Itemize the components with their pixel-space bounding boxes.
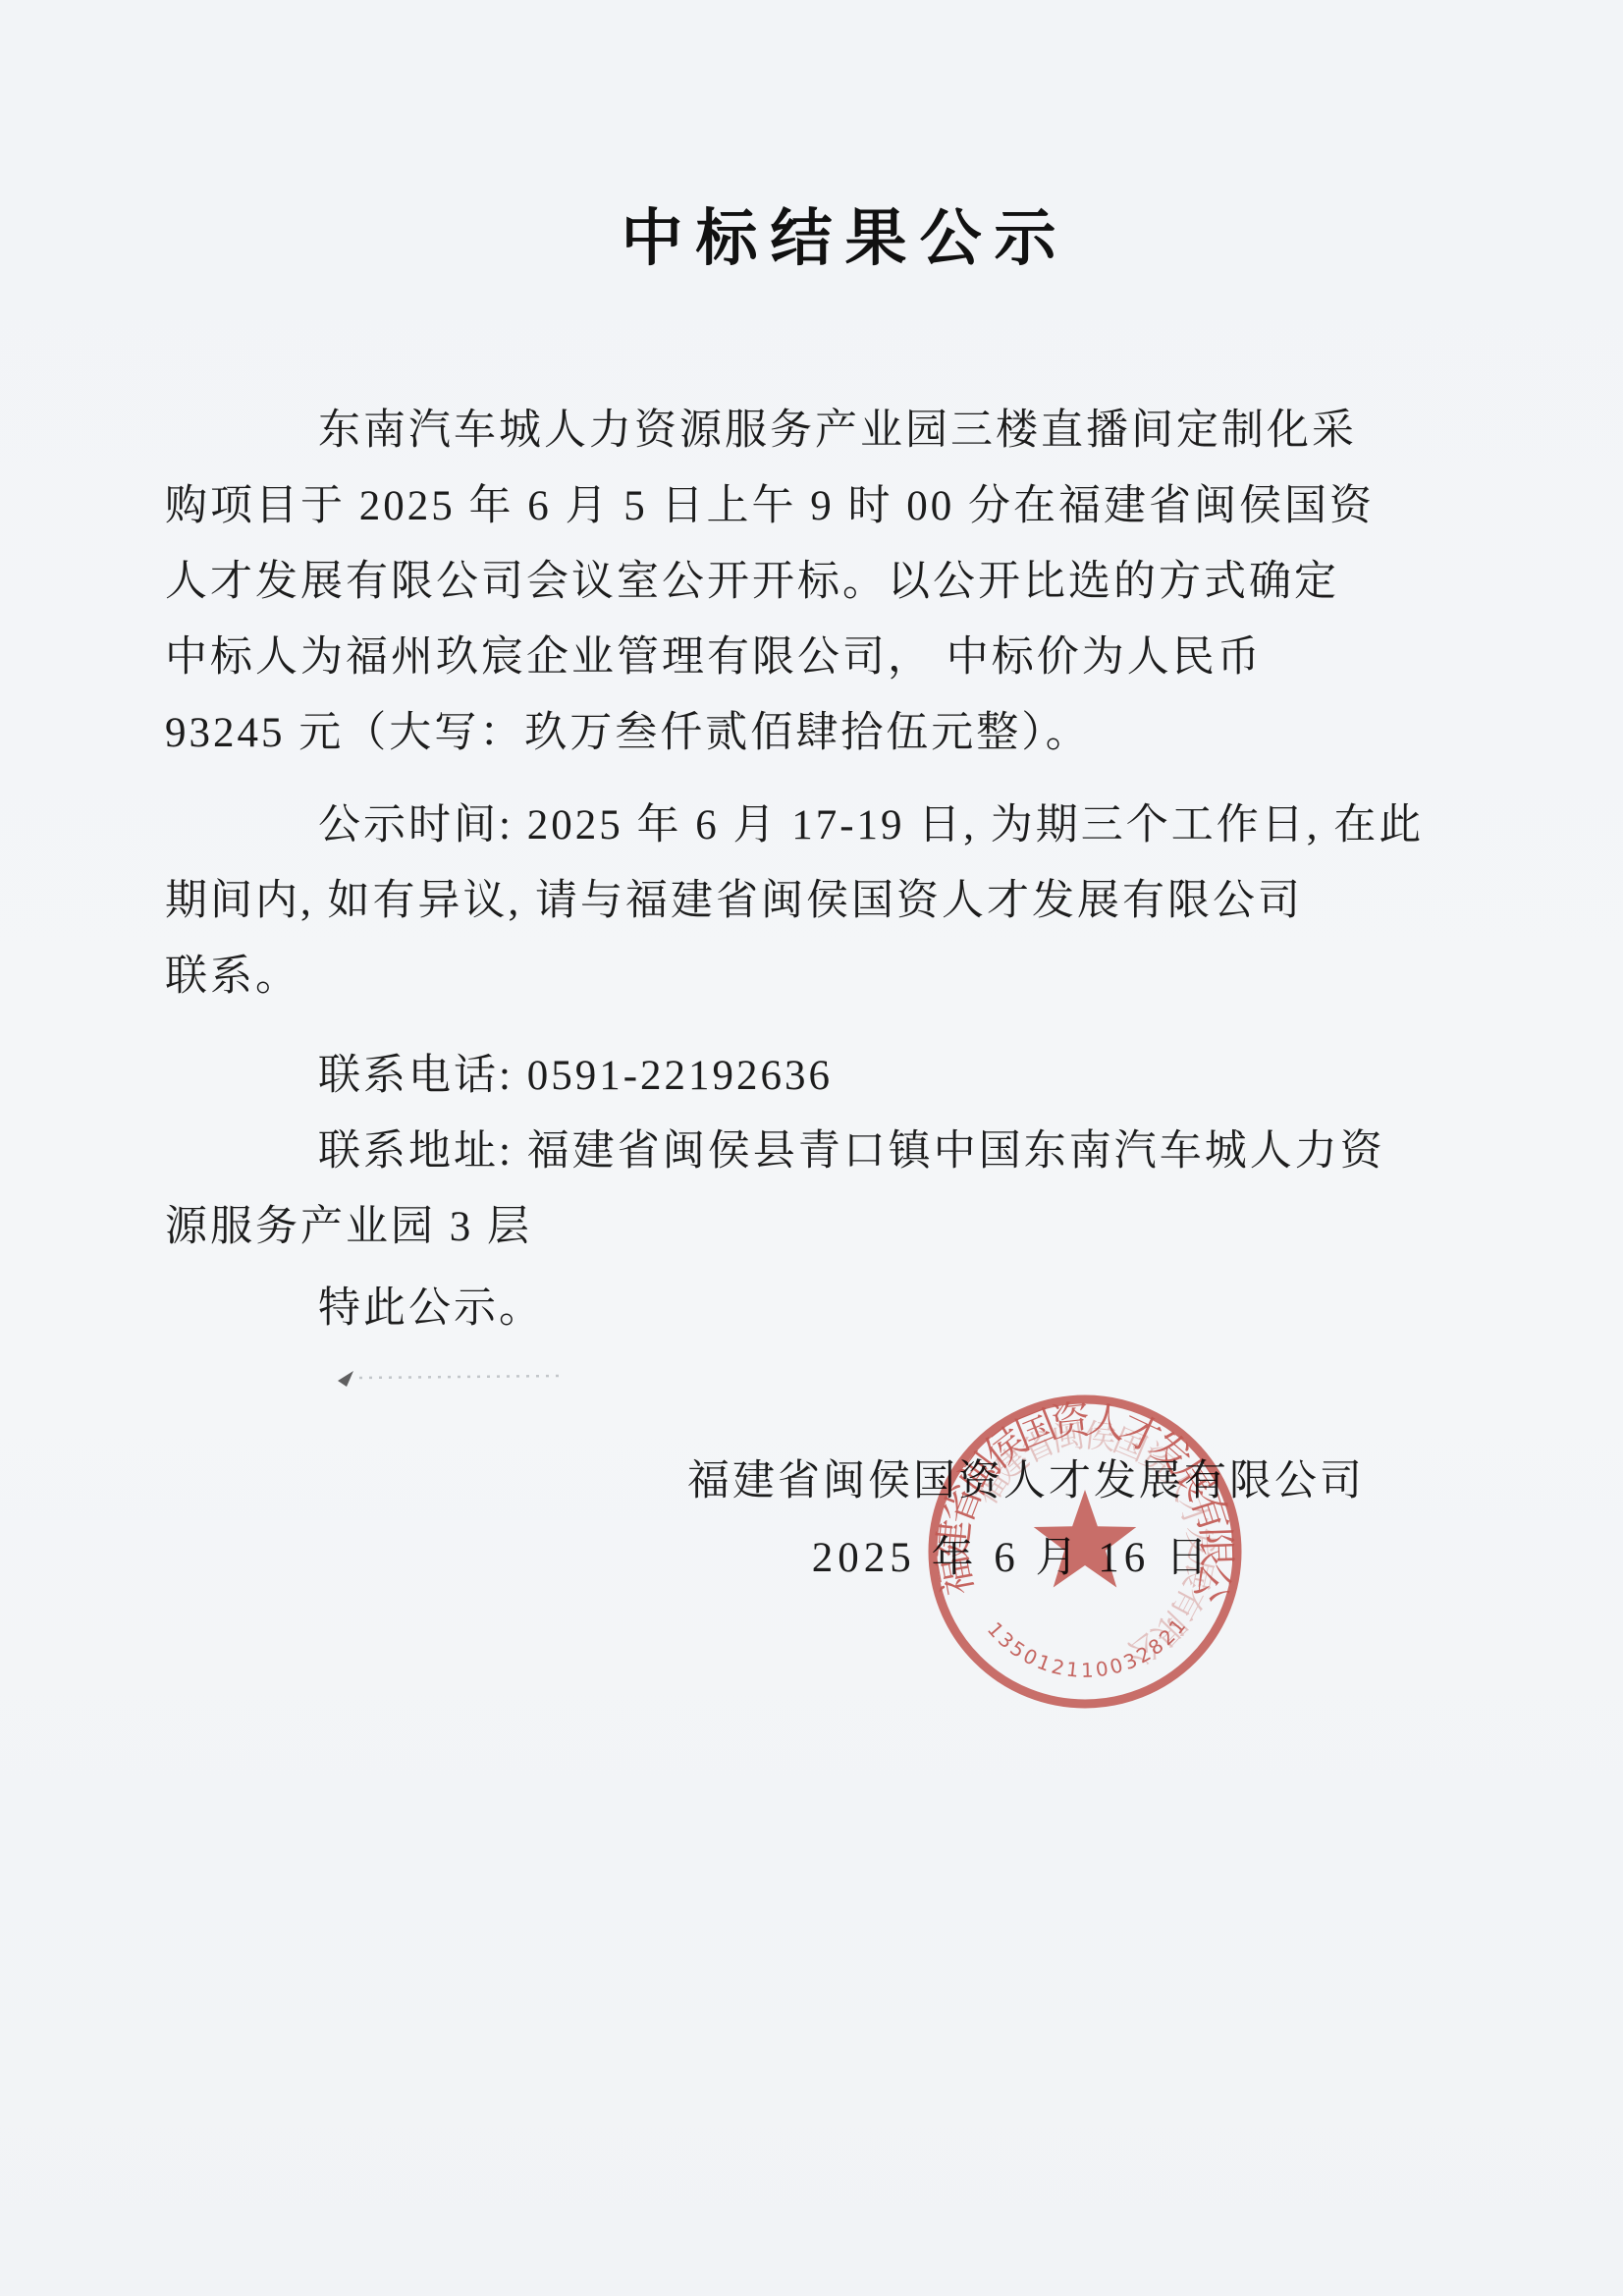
paragraph-contact-phone: 联系电话: 0591-22192636 (165, 1038, 1328, 1114)
document-body: 东南汽车城人力资源服务产业园三楼直播间定制化采 购项目于 2025 年 6 月 … (165, 393, 1328, 1346)
seal-star-icon (1034, 1490, 1137, 1588)
scanned-document-page: 中标结果公示 东南汽车城人力资源服务产业园三楼直播间定制化采 购项目于 2025… (0, 0, 1623, 2296)
paragraph-publicity-period: 公示时间: 2025 年 6 月 17-19 日, 为期三个工作日, 在此 期间… (165, 788, 1328, 1014)
body-line: 特此公示。 (165, 1271, 1328, 1346)
pen-scratch-artifact (334, 1365, 569, 1391)
body-line: 期间内, 如有异议, 请与福建省闽侯国资人才发展有限公司 (165, 863, 1328, 939)
paragraph-contact-address: 联系地址: 福建省闽侯县青口镇中国东南汽车城人力资 源服务产业园 3 层 (165, 1114, 1328, 1265)
paragraph-bid-result: 东南汽车城人力资源服务产业园三楼直播间定制化采 购项目于 2025 年 6 月 … (165, 393, 1328, 771)
body-line: 联系电话: 0591-22192636 (165, 1038, 1328, 1114)
body-line: 人才发展有限公司会议室公开开标。以公开比选的方式确定 (165, 544, 1328, 620)
official-seal: 福建省闽侯国资人才发展有限公司 福建省闽侯国资人才发展有限公司 13501211… (908, 1375, 1262, 1728)
body-line: 公示时间: 2025 年 6 月 17-19 日, 为期三个工作日, 在此 (165, 788, 1328, 863)
body-line: 中标人为福州玖宸企业管理有限公司， 中标价为人民币 (165, 620, 1328, 695)
body-line: 源服务产业园 3 层 (165, 1189, 1328, 1265)
paragraph-closing: 特此公示。 (165, 1271, 1328, 1346)
body-line: 购项目于 2025 年 6 月 5 日上午 9 时 00 分在福建省闽侯国资 (165, 468, 1328, 544)
body-line: 联系地址: 福建省闽侯县青口镇中国东南汽车城人力资 (165, 1114, 1328, 1189)
body-line: 东南汽车城人力资源服务产业园三楼直播间定制化采 (165, 393, 1328, 468)
page-title: 中标结果公示 (33, 189, 1623, 278)
body-line: 93245 元（大写：玖万叁仟贰佰肆拾伍元整）。 (165, 695, 1328, 771)
body-line: 联系。 (165, 939, 1328, 1014)
